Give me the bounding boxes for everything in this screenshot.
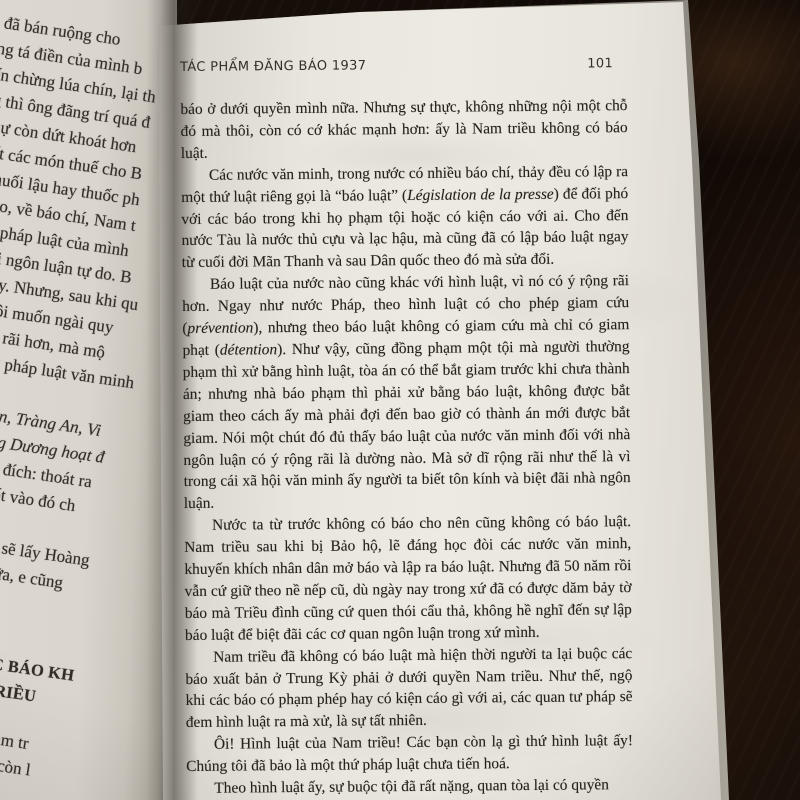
book-photo: ùng bấn đã bán ruộng chokêu những tá điề… — [0, 0, 800, 800]
body-paragraph: Theo hình luật ấy, sự buộc tội đã rất nặ… — [186, 774, 633, 800]
running-header: TÁC PHẨM ĐĂNG BÁO 1937 101 — [180, 56, 627, 75]
body-paragraph: báo ở dưới quyền mình nữa. Nhưng sự thực… — [180, 95, 628, 165]
left-page: ùng bấn đã bán ruộng chokêu những tá điề… — [0, 0, 177, 800]
body-paragraph: Nam triều đã không có báo luật mà hiện t… — [185, 643, 633, 735]
left-page-text: ùng bấn đã bán ruộng chokêu những tá điề… — [0, 2, 177, 800]
running-title: TÁC PHẨM ĐĂNG BÁO 1937 — [180, 58, 366, 75]
body-paragraph: Ôi! Hình luật của Nam triều! Các bạn còn… — [186, 730, 633, 778]
body-paragraph: Các nước văn minh, trong nước có nhiều b… — [181, 161, 629, 274]
page-number: 101 — [587, 56, 613, 71]
body-paragraph: Nước ta từ trước không có báo cho nên cũ… — [184, 511, 632, 646]
right-page-content: TÁC PHẨM ĐĂNG BÁO 1937 101 báo ở dưới qu… — [180, 56, 633, 800]
body-text: báo ở dưới quyền mình nữa. Nhưng sự thực… — [180, 95, 633, 800]
body-paragraph: Báo luật của nước nào cũng khác với hình… — [182, 270, 631, 515]
